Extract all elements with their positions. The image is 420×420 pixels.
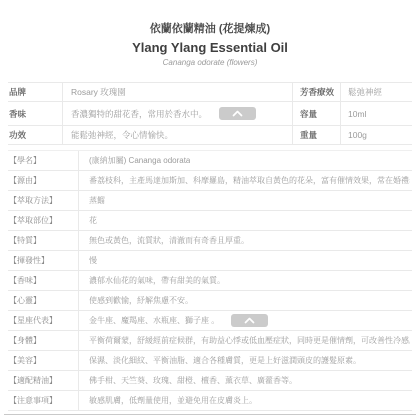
detail-label: 【適配精油】 xyxy=(8,373,78,388)
detail-row-scent: 【香味】 濃郁水仙花的氣味，帶有甜美的氣質。 xyxy=(8,271,412,291)
spec-value-effect-text: 能鬆弛神經，令心情愉快。 xyxy=(71,129,173,141)
detail-value: 佛手柑、天竺葵、玫瑰、甜橙、檀香、薰衣草、廣藿香等。 xyxy=(78,371,412,390)
spec-row-brand: 品牌 Rosary 玫瑰園 芳香療效 鬆弛神經 xyxy=(8,83,412,102)
spec-value-scent: 香濃獨特的甜花香，常用於香水中。 xyxy=(62,102,292,125)
detail-row-scientific-name: 【學名】 (康納加屬) Cananga odorata xyxy=(8,151,412,171)
detail-row-body: 【身體】 平衡荷爾蒙，舒緩經前症候群，有助益心悸或低血壓症狀，同時更是催情劑，可… xyxy=(8,331,412,351)
detail-value-text: 番荔枝科，主產馬達加斯加、科摩羅島，精油萃取自黃色的花朵，富有催情效果，常在婚禮… xyxy=(89,175,410,186)
detail-label: 【萃取方法】 xyxy=(8,193,78,208)
spec-row-scent: 香味 香濃獨特的甜花香，常用於香水中。 容量 10ml xyxy=(8,102,412,126)
spec-label-volume: 容量 xyxy=(292,102,340,125)
detail-value-text: 蒸餾 xyxy=(89,195,105,206)
detail-value: 保濕、淡化細紋、平衡油脂、適合各種膚質，更是上好滋潤頭皮的護髮原素。 xyxy=(78,351,412,370)
detail-value: 慢 xyxy=(78,251,412,270)
detail-label: 【星座代表】 xyxy=(8,313,78,328)
spec-value-volume: 10ml xyxy=(340,102,412,125)
detail-label: 【注意事項】 xyxy=(8,393,78,408)
detail-value-text: 慢 xyxy=(89,255,97,266)
chevron-up-icon xyxy=(244,317,255,324)
detail-value-text: 保濕、淡化細紋、平衡油脂、適合各種膚質，更是上好滋潤頭皮的護髮原素。 xyxy=(89,355,361,366)
spec-label-scent: 香味 xyxy=(8,106,62,122)
spec-value-aroma-effect: 鬆弛神經 xyxy=(340,83,412,101)
detail-value-text: 佛手柑、天竺葵、玫瑰、甜橙、檀香、薰衣草、廣藿香等。 xyxy=(89,375,297,386)
collapse-button[interactable] xyxy=(231,314,268,327)
spec-value-brand-text: Rosary 玫瑰園 xyxy=(71,86,126,98)
detail-value: (康納加屬) Cananga odorata xyxy=(78,151,412,170)
detail-value: 蒸餾 xyxy=(78,191,412,210)
detail-value: 敏感肌膚，低劑量使用，並避免用在皮膚炎上。 xyxy=(78,391,412,410)
detail-table: 【學名】 (康納加屬) Cananga odorata 【源由】 番荔枝科，主產… xyxy=(8,150,412,411)
detail-row-beauty: 【美容】 保濕、淡化細紋、平衡油脂、適合各種膚質，更是上好滋潤頭皮的護髮原素。 xyxy=(8,351,412,371)
detail-value: 番荔枝科，主產馬達加斯加、科摩羅島，精油萃取自黃色的花朵，富有催情效果，常在婚禮… xyxy=(78,171,412,190)
spec-value-effect: 能鬆弛神經，令心情愉快。 xyxy=(62,126,292,144)
detail-value-text: 濃郁水仙花的氣味，帶有甜美的氣質。 xyxy=(89,275,225,286)
spec-table: 品牌 Rosary 玫瑰園 芳香療效 鬆弛神經 香味 香濃獨特的甜花香，常用於香… xyxy=(8,82,412,145)
detail-label: 【學名】 xyxy=(8,153,78,168)
product-title-zh: 依蘭依蘭精油 (花提煉成) xyxy=(0,22,420,37)
spec-label-effect: 功效 xyxy=(8,127,62,143)
detail-row-extraction-method: 【萃取方法】 蒸餾 xyxy=(8,191,412,211)
chevron-up-icon xyxy=(232,110,243,117)
detail-label: 【特質】 xyxy=(8,233,78,248)
product-latin-name: Cananga odorate (flowers) xyxy=(0,58,420,69)
detail-row-zodiac: 【星座代表】 金牛座、魔羯座、水瓶座、獅子座 。 xyxy=(8,311,412,331)
detail-label: 【萃取部位】 xyxy=(8,213,78,228)
detail-value: 花 xyxy=(78,211,412,230)
detail-value-text: 無色或黃色，流質狀，清澈而有奇香且厚重。 xyxy=(89,235,249,246)
spec-row-effect: 功效 能鬆弛神經，令心情愉快。 重量 100g xyxy=(8,126,412,145)
detail-row-volatility: 【揮發性】 慢 xyxy=(8,251,412,271)
detail-value-text: 敏感肌膚，低劑量使用，並避免用在皮膚炎上。 xyxy=(89,395,257,406)
detail-label: 【心靈】 xyxy=(8,293,78,308)
detail-value: 平衡荷爾蒙，舒緩經前症候群，有助益心悸或低血壓症狀，同時更是催情劑，可改善性冷感… xyxy=(78,331,412,350)
detail-row-characteristics: 【特質】 無色或黃色，流質狀，清澈而有奇香且厚重。 xyxy=(8,231,412,251)
detail-label: 【身體】 xyxy=(8,333,78,348)
spec-label-weight: 重量 xyxy=(292,126,340,144)
detail-value-text: 使感到歡愉，紓解焦慮不安。 xyxy=(89,295,193,306)
product-header: 依蘭依蘭精油 (花提煉成) Ylang Ylang Essential Oil … xyxy=(0,0,420,69)
detail-row-mind: 【心靈】 使感到歡愉，紓解焦慮不安。 xyxy=(8,291,412,311)
detail-value: 無色或黃色，流質狀，清澈而有奇香且厚重。 xyxy=(78,231,412,250)
detail-row-origin: 【源由】 番荔枝科，主產馬達加斯加、科摩羅島，精油萃取自黃色的花朵，富有催情效果… xyxy=(8,171,412,191)
detail-label: 【美容】 xyxy=(8,353,78,368)
detail-value-text: 平衡荷爾蒙，舒緩經前症候群，有助益心悸或低血壓症狀，同時更是催情劑，可改善性冷感… xyxy=(89,335,410,346)
detail-value: 濃郁水仙花的氣味，帶有甜美的氣質。 xyxy=(78,271,412,290)
detail-value-text: (康納加屬) Cananga odorata xyxy=(89,155,190,166)
spec-label-brand: 品牌 xyxy=(8,84,62,100)
spec-value-scent-text: 香濃獨特的甜花香，常用於香水中。 xyxy=(71,108,207,120)
detail-label: 【揮發性】 xyxy=(8,253,78,268)
detail-row-blending-oils: 【適配精油】 佛手柑、天竺葵、玫瑰、甜橙、檀香、薰衣草、廣藿香等。 xyxy=(8,371,412,391)
detail-value: 使感到歡愉，紓解焦慮不安。 xyxy=(78,291,412,310)
spec-value-brand: Rosary 玫瑰園 xyxy=(62,83,292,101)
spec-label-aroma-effect: 芳香療效 xyxy=(292,83,340,101)
collapse-button[interactable] xyxy=(219,107,256,120)
product-detail-page: 依蘭依蘭精油 (花提煉成) Ylang Ylang Essential Oil … xyxy=(0,0,420,420)
detail-value: 金牛座、魔羯座、水瓶座、獅子座 。 xyxy=(78,311,412,330)
bottom-divider xyxy=(4,414,416,415)
detail-row-precautions: 【注意事項】 敏感肌膚，低劑量使用，並避免用在皮膚炎上。 xyxy=(8,391,412,411)
detail-value-text: 花 xyxy=(89,215,97,226)
product-title-en: Ylang Ylang Essential Oil xyxy=(0,39,420,57)
detail-label: 【源由】 xyxy=(8,173,78,188)
detail-row-extraction-part: 【萃取部位】 花 xyxy=(8,211,412,231)
detail-label: 【香味】 xyxy=(8,273,78,288)
spec-value-weight: 100g xyxy=(340,126,412,144)
detail-value-text: 金牛座、魔羯座、水瓶座、獅子座 。 xyxy=(89,315,219,326)
